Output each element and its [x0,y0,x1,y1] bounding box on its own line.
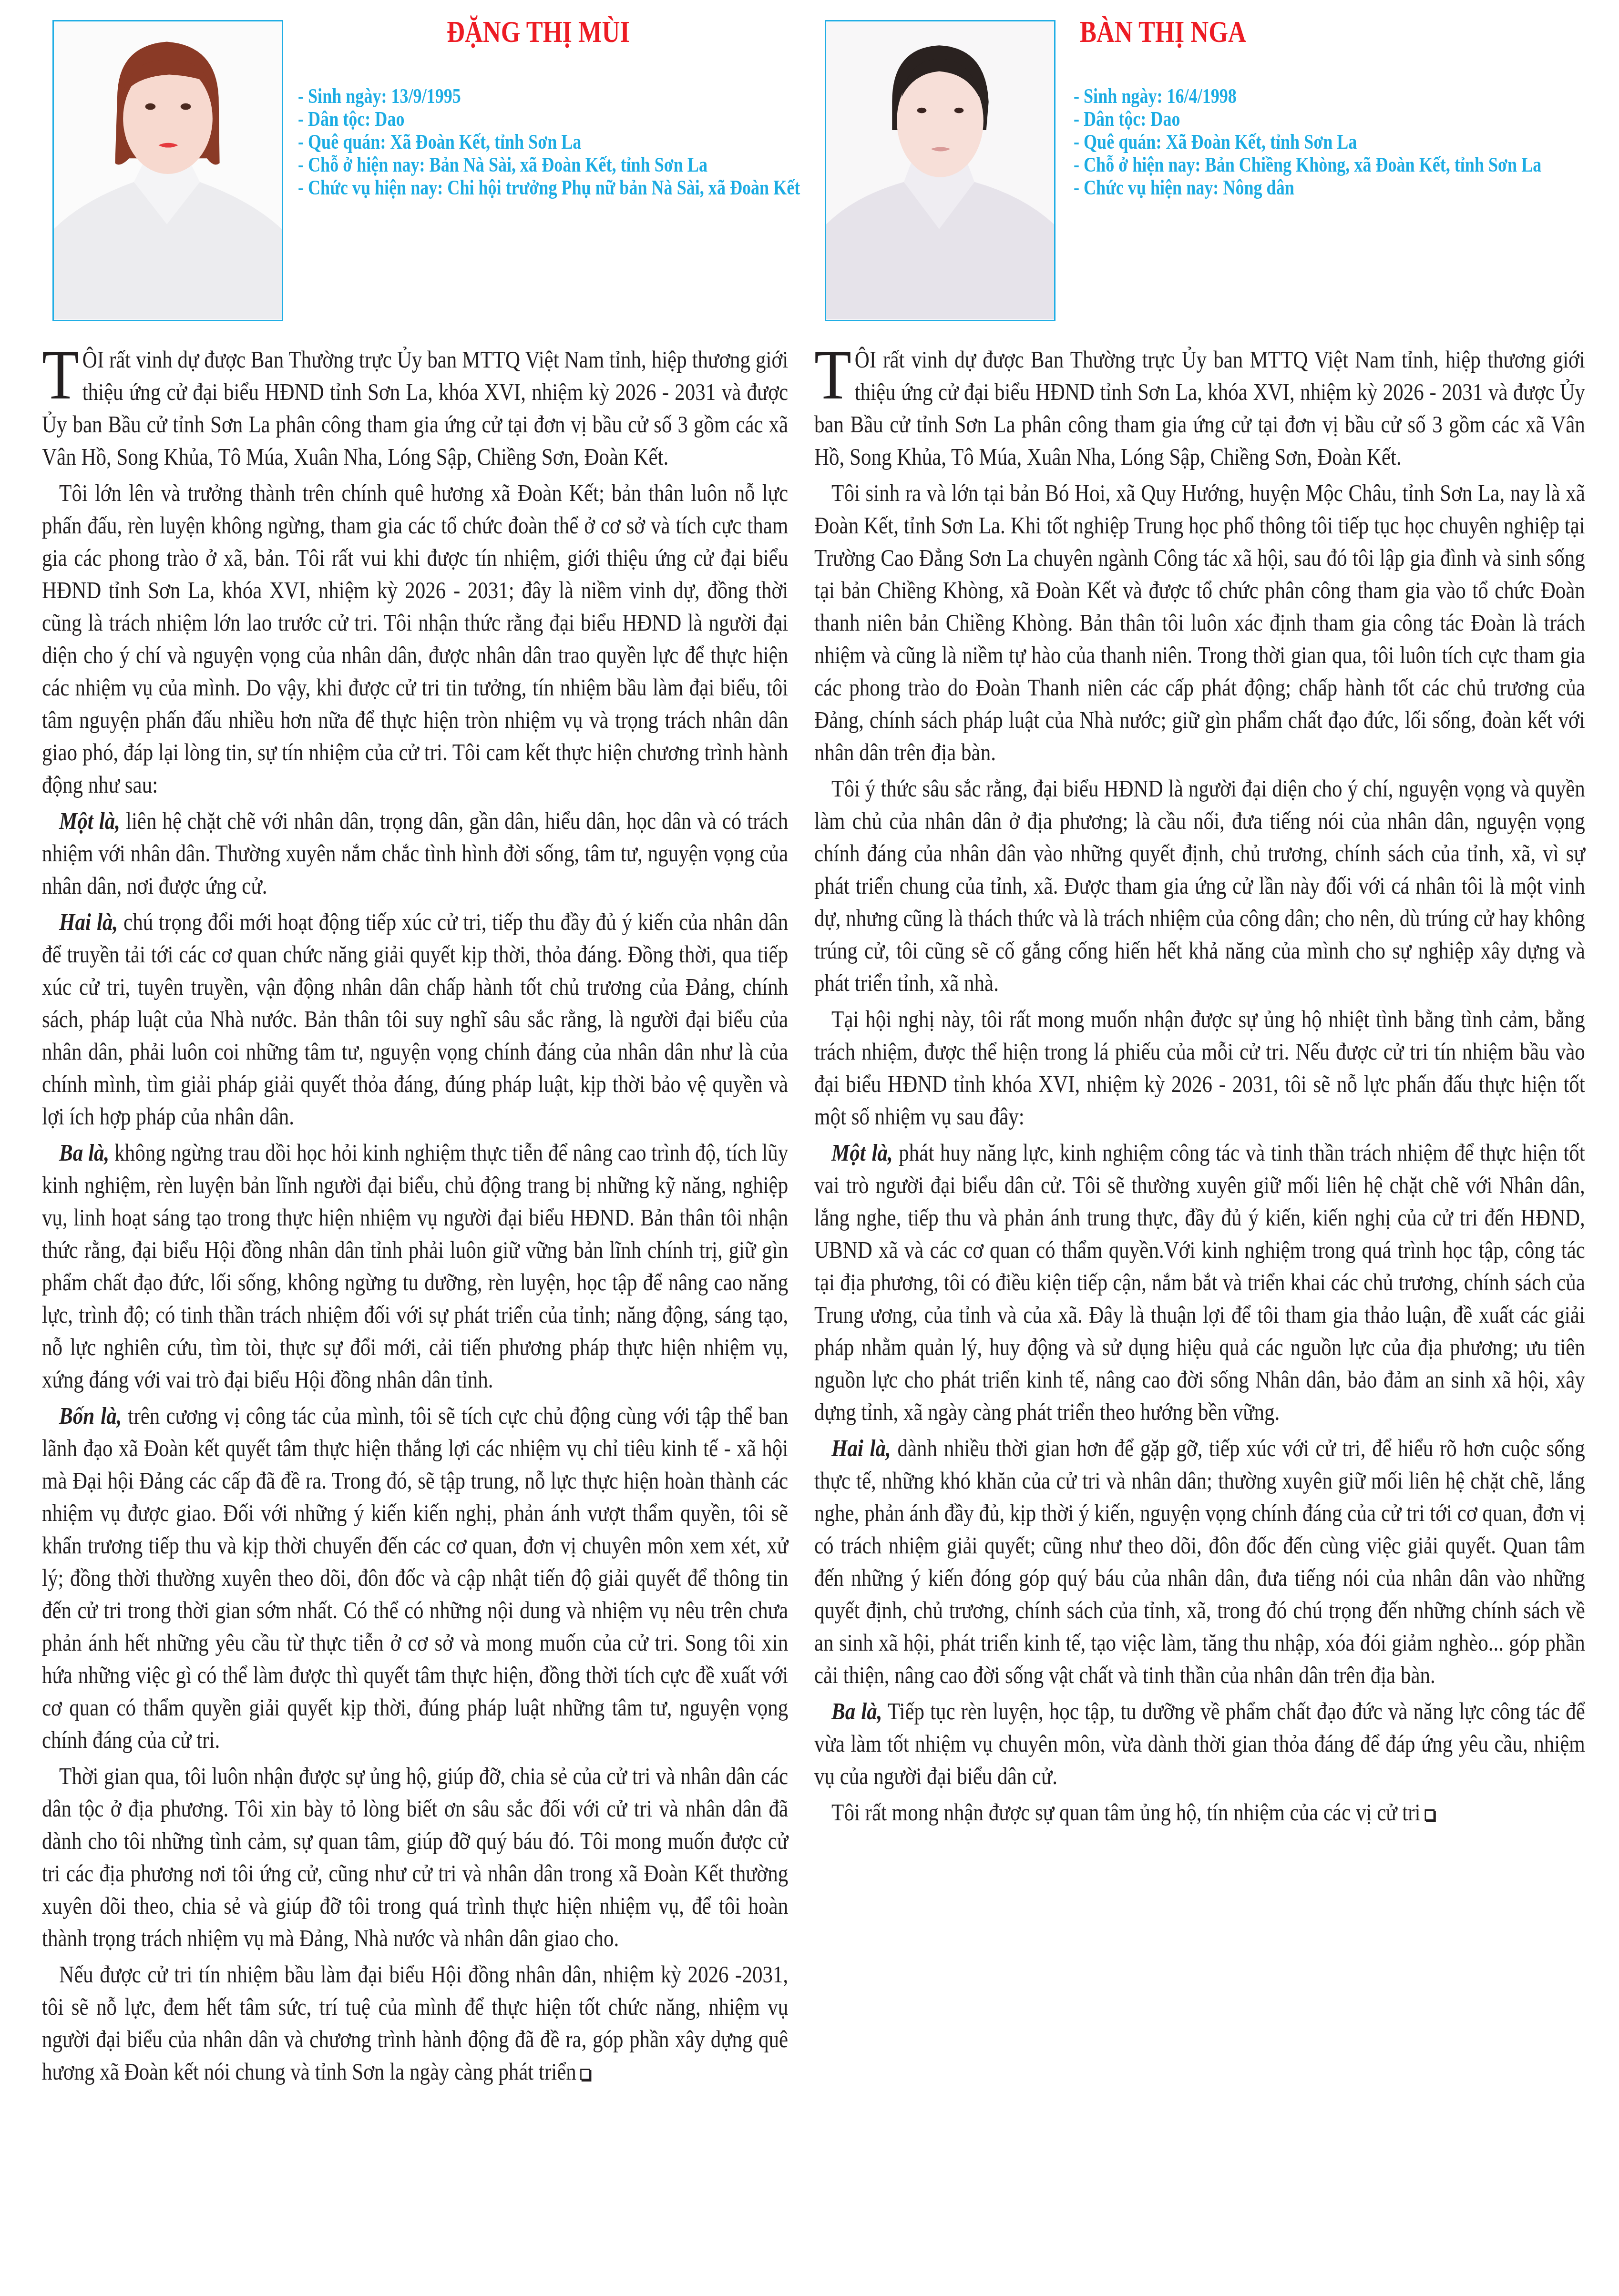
info-hometown: - Quê quán: Xã Đoàn Kết, tỉnh Sơn La [1074,131,1557,153]
paragraph: TÔI rất vinh dự được Ban Thường trực Ủy … [814,343,1585,473]
paragraph: Ba là, không ngừng trau dồi học hỏi kinh… [42,1136,788,1396]
candidate-name: BÀN THỊ NGA [1080,14,1246,50]
point-label: Bốn là, [59,1402,122,1429]
candidate-portrait-photo [52,20,283,321]
paragraph: Ba là, Tiếp tục rèn luyện, học tập, tu d… [814,1695,1585,1792]
paragraph: Tôi rất mong nhận được sự quan tâm ủng h… [814,1796,1585,1828]
info-residence: - Chỗ ở hiện nay: Bản Chiềng Khòng, xã Đ… [1074,153,1557,176]
candidate-name: ĐẶNG THỊ MÙI [447,14,630,50]
end-square-icon [1424,1809,1435,1821]
paragraph: Tại hội nghị này, tôi rất mong muốn nhận… [814,1003,1585,1133]
end-square-icon [580,2069,590,2080]
candidate-profile-left: ĐẶNG THỊ MÙI - Sinh ngày: 13/9/1995 - Dâ… [0,0,810,2296]
point-label: Ba là, [59,1139,109,1166]
paragraph: Một là, liên hệ chặt chẽ với nhân dân, t… [42,805,788,902]
candidate-portrait-photo [825,20,1055,321]
point-label: Hai là, [59,908,118,935]
candidate-info: - Sinh ngày: 16/4/1998 - Dân tộc: Dao - … [1074,85,1557,199]
paragraph: Tôi lớn lên và trưởng thành trên chính q… [42,477,788,801]
paragraph: Tôi ý thức sâu sắc rằng, đại biểu HĐND l… [814,772,1585,999]
info-position: - Chức vụ hiện nay: Chi hội trưởng Phụ n… [298,176,802,199]
paragraph: Tôi sinh ra và lớn tại bản Bó Hoi, xã Qu… [814,477,1585,768]
paragraph: Thời gian qua, tôi luôn nhận được sự ủng… [42,1760,788,1954]
point-label: Một là, [831,1139,893,1166]
paragraph: Một là, phát huy năng lực, kinh nghiệm c… [814,1136,1585,1428]
point-label: Ba là, [831,1698,882,1725]
paragraph: Nếu được cử tri tín nhiệm bầu làm đại bi… [42,1958,788,2088]
candidate-info: - Sinh ngày: 13/9/1995 - Dân tộc: Dao - … [298,85,802,199]
portrait-image-icon [826,21,1054,320]
paragraph: TÔI rất vinh dự được Ban Thường trực Ủy … [42,343,788,473]
paragraph: Hai là, dành nhiều thời gian hơn để gặp … [814,1432,1585,1691]
info-ethnicity: - Dân tộc: Dao [1074,108,1557,131]
portrait-image-icon [54,21,282,320]
info-ethnicity: - Dân tộc: Dao [298,108,802,131]
info-birthdate: - Sinh ngày: 13/9/1995 [298,85,802,108]
info-hometown: - Quê quán: Xã Đoàn Kết, tỉnh Sơn La [298,131,802,153]
point-label: Một là, [59,807,120,834]
action-program-text: TÔI rất vinh dự được Ban Thường trực Ủy … [42,343,788,2092]
drop-cap: T [42,347,79,403]
candidate-profile-right: BÀN THỊ NGA - Sinh ngày: 16/4/1998 - Dân… [810,0,1619,2296]
paragraph: Hai là, chú trọng đổi mới hoạt động tiếp… [42,906,788,1133]
info-position: - Chức vụ hiện nay: Nông dân [1074,176,1557,199]
info-residence: - Chỗ ở hiện nay: Bản Nà Sài, xã Đoàn Kế… [298,153,802,176]
point-label: Hai là, [831,1435,891,1461]
action-program-text: TÔI rất vinh dự được Ban Thường trực Ủy … [814,343,1585,1832]
paragraph: Bốn là, trên cương vị công tác của mình,… [42,1399,788,1756]
drop-cap: T [814,347,851,403]
info-birthdate: - Sinh ngày: 16/4/1998 [1074,85,1557,108]
